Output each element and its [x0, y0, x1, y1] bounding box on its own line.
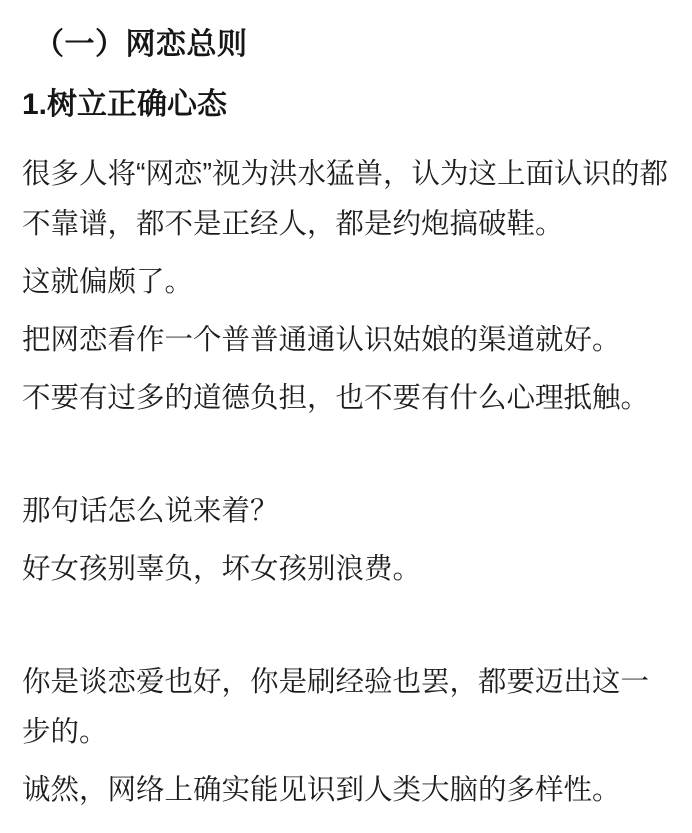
paragraph: 你是谈恋爱也好，你是刷经验也罢，都要迈出这一步的。: [22, 657, 670, 757]
article-body: 很多人将“网恋”视为洪水猛兽，认为这上面认识的都不靠谱，都不是正经人，都是约炮搞…: [22, 149, 670, 815]
paragraph: 把网恋看作一个普普通通认识姑娘的渠道就好。: [22, 315, 670, 365]
paragraph: 这就偏颇了。: [22, 257, 670, 307]
paragraph: 好女孩别辜负，坏女孩别浪费。: [22, 544, 670, 594]
paragraph: 诚然，网络上确实能见识到人类大脑的多样性。: [22, 765, 670, 815]
subsection-heading: 1.树立正确心态: [22, 84, 670, 126]
section-heading: （一）网恋总则: [22, 24, 670, 66]
paragraph: 不要有过多的道德负担，也不要有什么心理抵触。: [22, 373, 670, 423]
article-page: （一）网恋总则 1.树立正确心态 很多人将“网恋”视为洪水猛兽，认为这上面认识的…: [0, 0, 692, 815]
paragraph: 那句话怎么说来着？: [22, 486, 670, 536]
paragraph: 很多人将“网恋”视为洪水猛兽，认为这上面认识的都不靠谱，都不是正经人，都是约炮搞…: [22, 149, 670, 249]
